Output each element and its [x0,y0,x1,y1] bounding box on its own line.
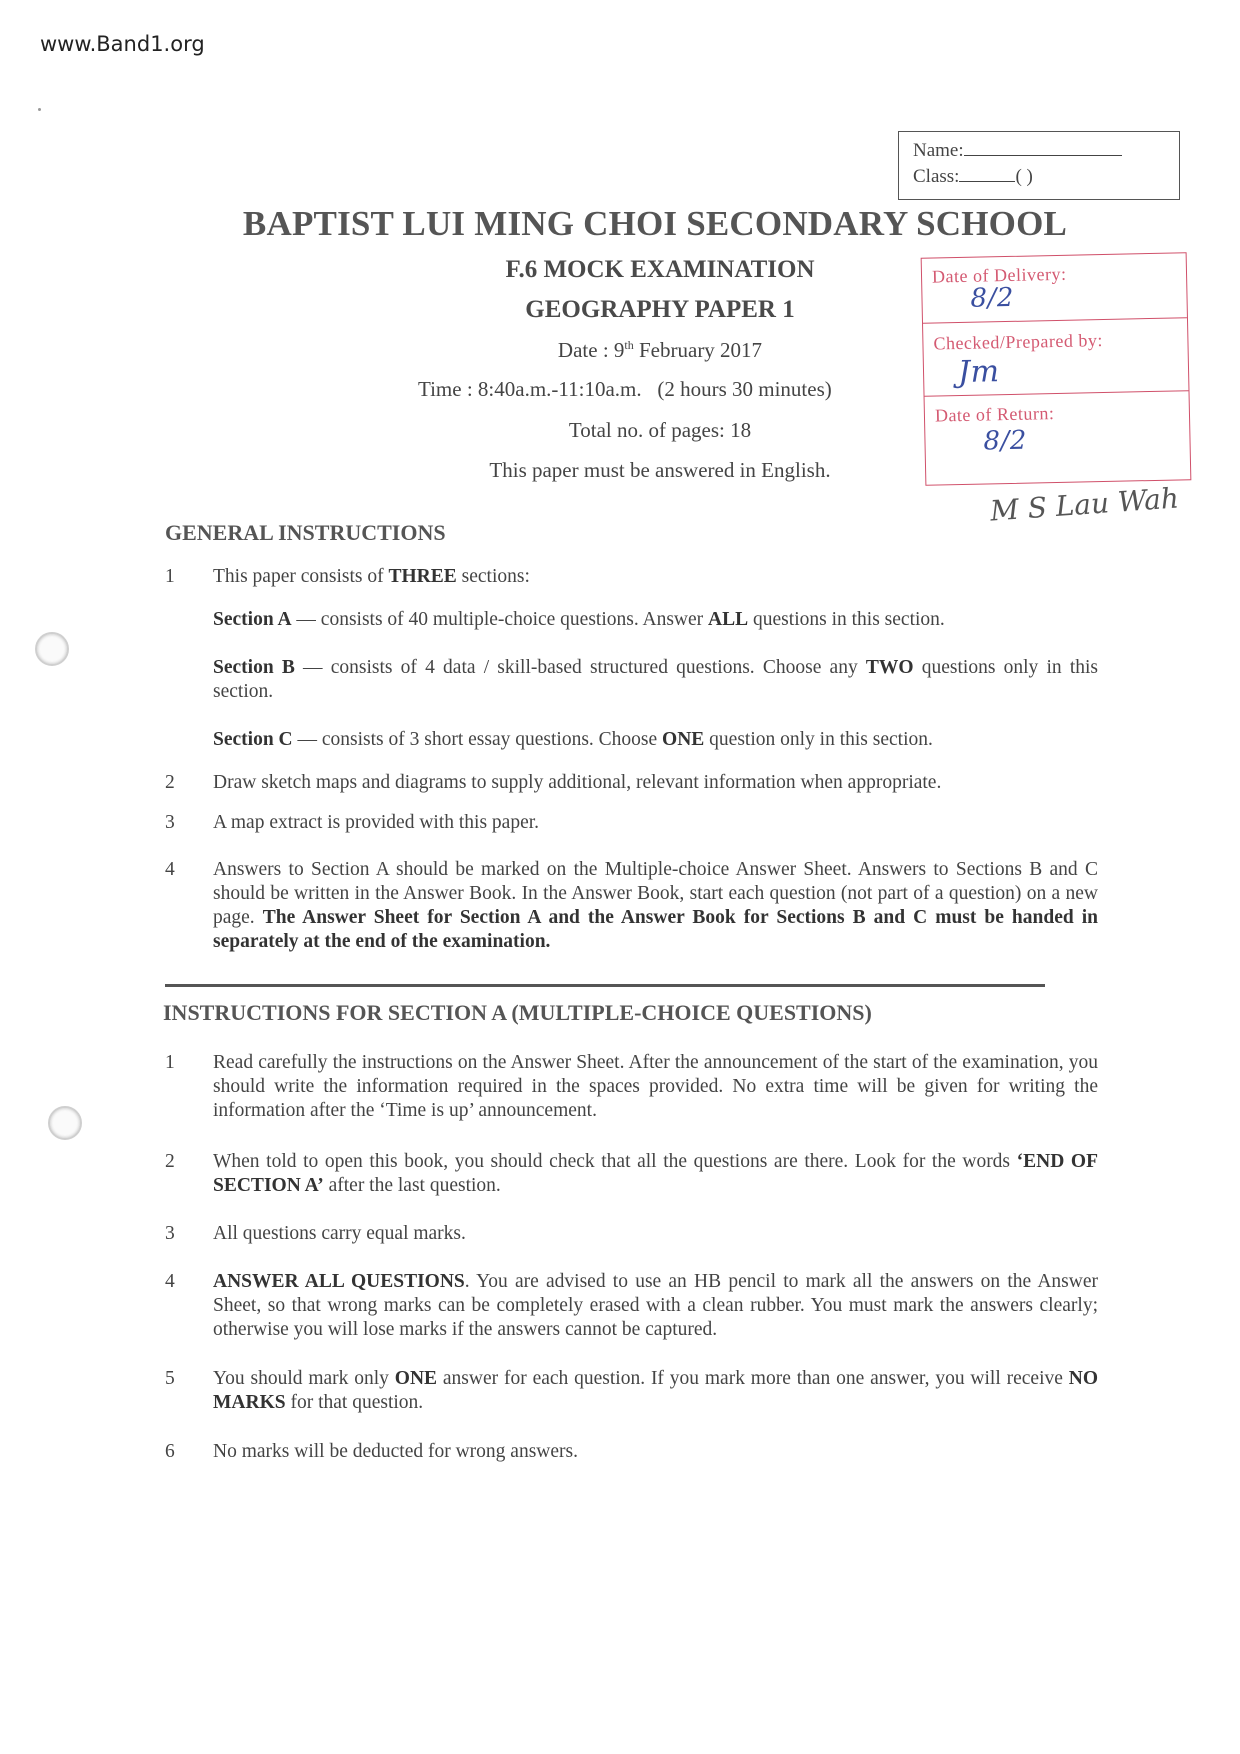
instruction-text: This paper consists of THREE sections: [213,565,1098,589]
name-field[interactable] [964,140,1122,156]
instruction-text: Section C — consists of 3 short essay qu… [213,728,1098,752]
prepared-signature: Jm [958,354,1000,390]
watermark: www.Band1.org [40,32,205,56]
instruction-number: 5 [165,1367,175,1391]
language-note: This paper must be answered in English. [380,458,940,483]
instruction-number: 3 [165,811,175,835]
instruction-text: Section A — consists of 40 multiple-choi… [213,608,1098,632]
instruction-text: Answers to Section A should be marked on… [213,858,1098,954]
scan-speck [38,108,41,111]
total-pages: Total no. of pages: 18 [380,418,940,443]
return-value: 8/2 [983,426,1027,457]
instruction-text: Read carefully the instructions on the A… [213,1051,1098,1123]
class-number-paren: ( ) [1015,166,1032,187]
instruction-number: 3 [165,1222,175,1246]
instruction-text: A map extract is provided with this pape… [213,811,1098,835]
instruction-number: 4 [165,858,175,882]
section-a-heading: INSTRUCTIONS FOR SECTION A (MULTIPLE-CHO… [163,1000,872,1026]
instruction-text: No marks will be deducted for wrong answ… [213,1440,1098,1464]
instruction-text: All questions carry equal marks. [213,1222,1098,1246]
prepared-label: Checked/Prepared by: [933,330,1103,355]
instruction-text: ANSWER ALL QUESTIONS. You are advised to… [213,1270,1098,1342]
class-field[interactable] [959,166,1015,182]
instruction-text: When told to open this book, you should … [213,1150,1098,1198]
name-class-box: Name: Class:( ) [898,131,1180,200]
binder-hole-icon [35,632,69,666]
exam-time: Time : 8:40a.m.-11:10a.m. (2 hours 30 mi… [418,377,832,402]
instruction-number: 6 [165,1440,175,1464]
instruction-number: 2 [165,1150,175,1174]
section-divider [165,984,1045,987]
handwritten-note: M S Lau Wah [989,481,1180,527]
binder-hole-icon [48,1106,82,1140]
exam-date: Date : 9th February 2017 [380,338,940,363]
instruction-text: You should mark only ONE answer for each… [213,1367,1098,1415]
paper-title: GEOGRAPHY PAPER 1 [380,296,940,324]
exam-title: F.6 MOCK EXAMINATION [380,256,940,284]
instruction-text: Draw sketch maps and diagrams to supply … [213,771,1098,795]
instruction-text: Section B — consists of 4 data / skill-b… [213,656,1098,704]
instruction-number: 1 [165,565,175,589]
delivery-stamp: Date of Delivery: 8/2 Checked/Prepared b… [921,252,1192,486]
class-label: Class: [913,166,959,187]
instruction-number: 1 [165,1051,175,1075]
delivery-value: 8/2 [970,283,1014,314]
school-name: BAPTIST LUI MING CHOI SECONDARY SCHOOL [0,204,1240,244]
general-instructions-heading: GENERAL INSTRUCTIONS [165,520,446,546]
name-label: Name: [913,140,964,161]
instruction-number: 4 [165,1270,175,1294]
return-label: Date of Return: [935,403,1055,426]
instruction-number: 2 [165,771,175,795]
